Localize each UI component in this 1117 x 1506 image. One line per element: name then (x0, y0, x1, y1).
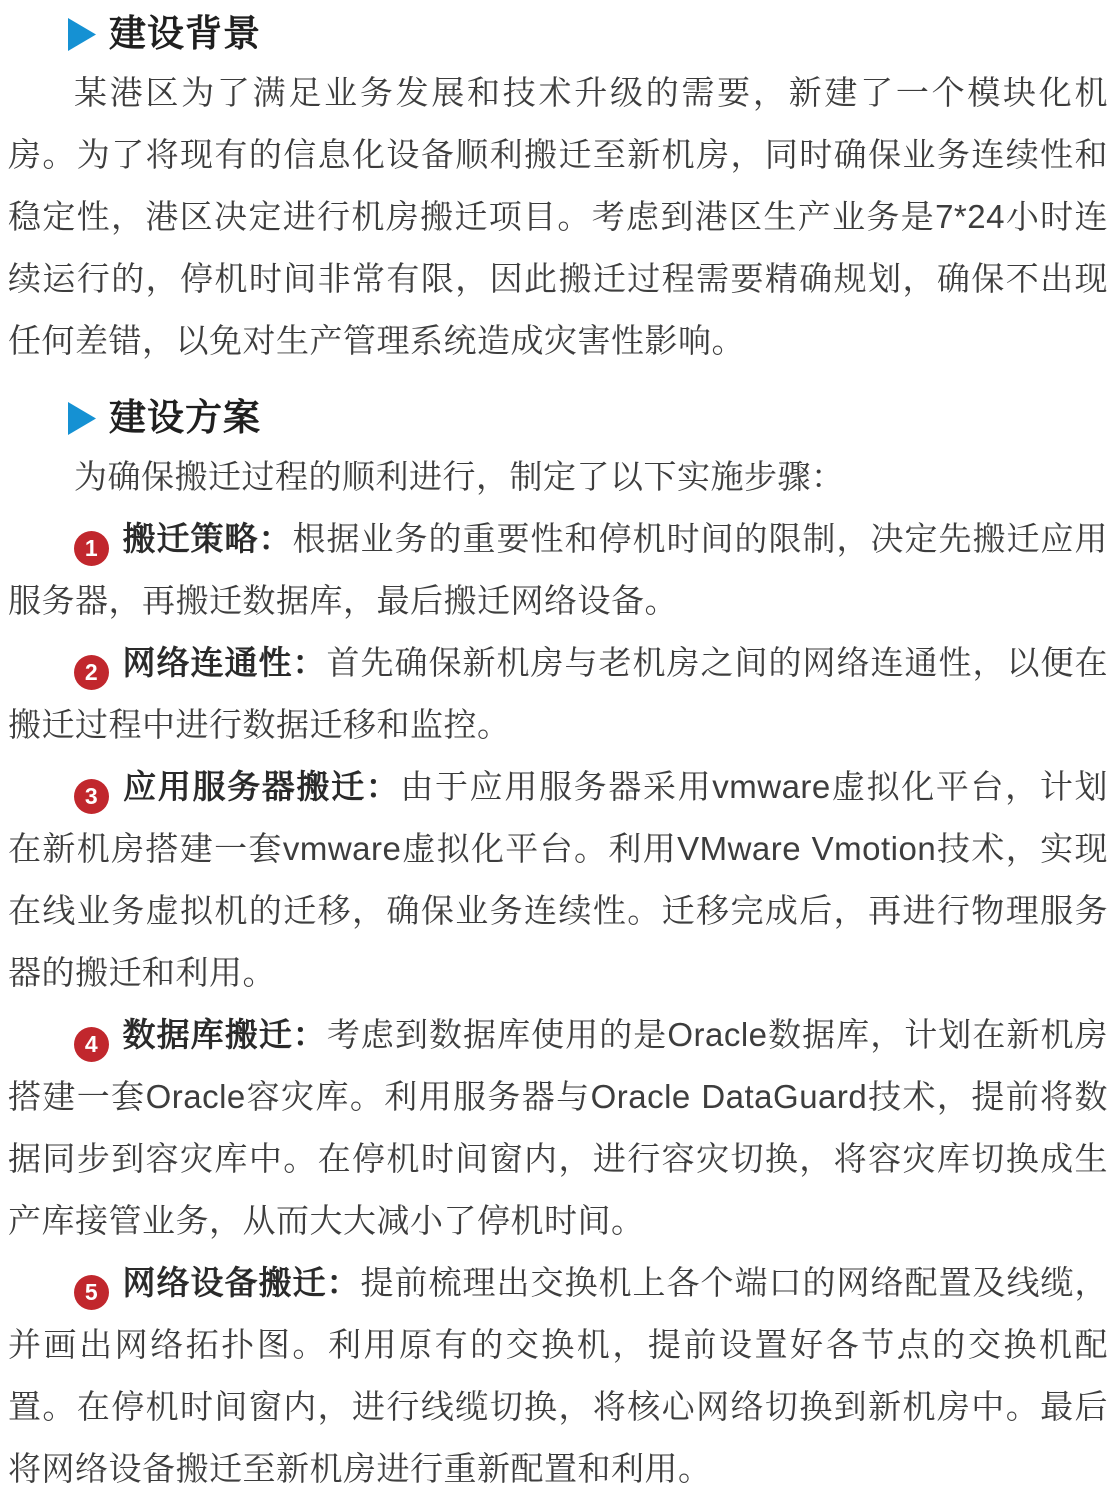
section-title-background: 建设背景 (109, 12, 261, 56)
step-item-3: 3应用服务器搬迁：由于应用服务器采用vmware虚拟化平台，计划在新机房搭建一套… (8, 756, 1108, 1004)
step-label: 应用服务器搬迁： (122, 768, 400, 805)
triangle-bullet-icon (68, 18, 96, 51)
section-heading-plan: 建设方案 (68, 396, 1108, 440)
step-number-badge: 3 (74, 779, 109, 814)
step-number-badge: 4 (74, 1027, 109, 1062)
paragraph-plan-intro: 为确保搬迁过程的顺利进行，制定了以下实施步骤： (8, 446, 1108, 508)
triangle-bullet-icon (68, 402, 96, 435)
step-item-5: 5网络设备搬迁：提前梳理出交换机上各个端口的网络配置及线缆，并画出网络拓扑图。利… (8, 1252, 1108, 1500)
document-page: 建设背景 某港区为了满足业务发展和技术升级的需要，新建了一个模块化机房。为了将现… (0, 0, 1117, 1506)
step-item-2: 2网络连通性：首先确保新机房与老机房之间的网络连通性，以便在搬迁过程中进行数据迁… (8, 632, 1108, 756)
paragraph-background: 某港区为了满足业务发展和技术升级的需要，新建了一个模块化机房。为了将现有的信息化… (8, 62, 1108, 372)
step-item-1: 1搬迁策略：根据业务的重要性和停机时间的限制，决定先搬迁应用服务器，再搬迁数据库… (8, 508, 1108, 632)
step-label: 网络连通性： (122, 644, 327, 681)
section-heading-background: 建设背景 (68, 12, 1108, 56)
step-label: 网络设备搬迁： (122, 1264, 361, 1301)
step-number-badge: 1 (74, 531, 109, 566)
step-number-badge: 5 (74, 1275, 109, 1310)
step-number-badge: 2 (74, 655, 109, 690)
step-label: 数据库搬迁： (122, 1016, 327, 1053)
section-title-plan: 建设方案 (109, 396, 261, 440)
step-item-4: 4数据库搬迁：考虑到数据库使用的是Oracle数据库，计划在新机房搭建一套Ora… (8, 1004, 1108, 1252)
step-label: 搬迁策略： (122, 520, 293, 557)
